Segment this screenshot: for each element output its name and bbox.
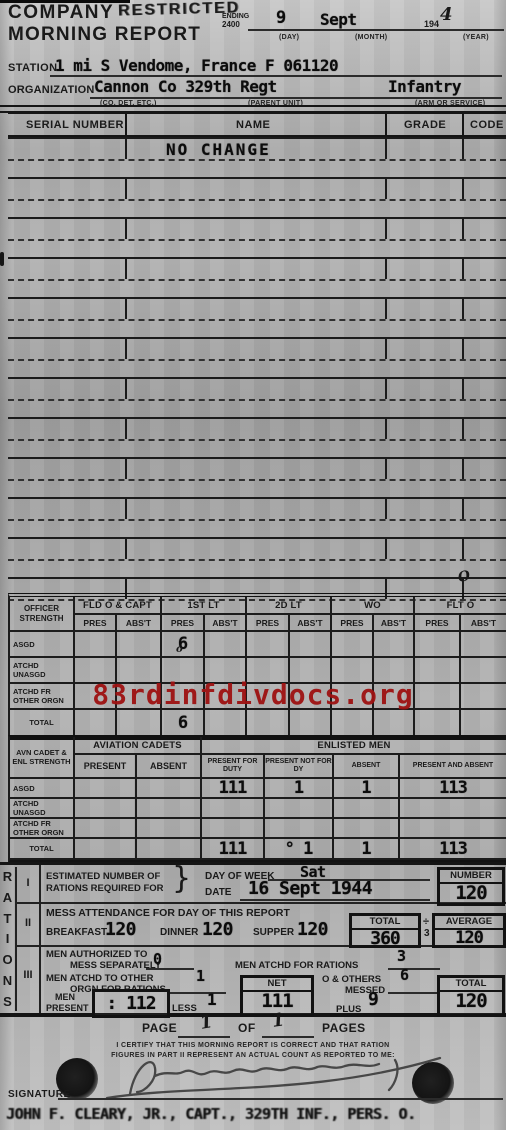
net-value: 111: [243, 992, 311, 1012]
roster-empty-row: [8, 297, 506, 337]
men-present-value: : 112: [95, 992, 167, 1015]
roster-entry-row: NO CHANGE: [8, 137, 506, 177]
average-box: AVERAGE 120: [432, 913, 506, 948]
watermark-text: 83rdinfdivdocs.org: [92, 678, 413, 711]
divide-sign: ÷: [423, 917, 429, 928]
subcol-present-and-absent: PRESENT AND ABSENT: [400, 755, 506, 779]
rations-total-box: TOTAL 120: [437, 975, 505, 1017]
col-header-code: CODE: [470, 119, 504, 131]
officer-cell: [290, 632, 332, 658]
group-flt-o: FLT O: [415, 597, 506, 615]
officer-cell: [247, 710, 290, 737]
less-value: 1: [207, 992, 216, 1008]
subcol-abst: ABS'T: [374, 615, 415, 632]
numeral-iii: III: [17, 969, 39, 981]
roster-header-row: SERIAL NUMBER NAME GRADE CODE: [8, 112, 506, 137]
month-caption: (MONTH): [355, 34, 387, 41]
enlisted-cell: [265, 799, 334, 819]
enlisted-cell: [75, 799, 137, 819]
rations-numeral-column: I II III: [17, 865, 41, 1013]
enlisted-cell: [137, 799, 202, 819]
enlisted-row-header: AVN CADET & ENL STRENGTH: [10, 737, 75, 779]
subcol-pres: PRES: [415, 615, 461, 632]
enlisted-cell-total-pnfd: ° 1: [265, 839, 334, 860]
scan-edge-artifact: [0, 252, 4, 266]
mess-total-value: 360: [352, 930, 418, 949]
officer-cell: [415, 632, 461, 658]
average-value: 120: [435, 930, 503, 948]
year-handwritten: 4: [440, 6, 453, 24]
officer-cell: [461, 658, 506, 684]
month-value: Sept: [320, 12, 357, 28]
subcol-pres: PRES: [332, 615, 374, 632]
ending-label: ENDING: [222, 13, 249, 20]
officer-cell: [205, 632, 247, 658]
day-caption: (DAY): [279, 34, 299, 41]
subcol-present: PRESENT: [75, 755, 137, 779]
morning-report-scan: COMPANY MORNING REPORT RESTRICTED ENDING…: [0, 0, 506, 1130]
officer-cell: [205, 710, 247, 737]
enlisted-cell-asgd-pnfd: 1: [265, 779, 334, 799]
subcol-abst: ABS'T: [290, 615, 332, 632]
page-label: PAGE: [142, 1022, 177, 1034]
column-divider: [462, 114, 464, 135]
col-header-grade: GRADE: [404, 119, 446, 131]
enlisted-cell: [75, 819, 137, 839]
enlisted-cell-asgd-pfd: 111: [202, 779, 265, 799]
column-divider: [125, 114, 127, 135]
roster-empty-row: [8, 457, 506, 497]
group-fld-o-capt: FLD O & CAPT: [75, 597, 162, 615]
subcol-present-for-duty: PRESENT FOR DUTY: [202, 755, 265, 779]
row-label-atchd-fr-other-orgn: ATCHD FR OTHER ORGN: [10, 684, 75, 710]
others-messed-value: 6: [400, 968, 409, 983]
subcol-pres: PRES: [247, 615, 290, 632]
men-authorized-line1: MEN AUTHORIZED TO: [46, 950, 147, 960]
section-divider: [17, 902, 506, 904]
officer-cell: [374, 710, 415, 737]
enlisted-cell-asgd-absent: 1: [334, 779, 400, 799]
supper-label: SUPPER: [253, 928, 294, 938]
subcol-pres: PRES: [75, 615, 117, 632]
row-label-atchd-unasgd: ATCHD UNASGD: [10, 799, 75, 819]
dinner-label: DINNER: [160, 928, 198, 938]
men-present-line2: PRESENT: [46, 1004, 89, 1013]
roster-table: SERIAL NUMBER NAME GRADE CODE NO CHANGE: [8, 112, 506, 617]
enlisted-cell: [400, 799, 506, 819]
dinner-value: 120: [202, 921, 233, 939]
breakfast-value: 120: [105, 921, 136, 939]
number-box: NUMBER 120: [437, 867, 505, 906]
officer-cell-asgd-1stlt-pres: 6: [162, 632, 205, 658]
officer-cell: [461, 710, 506, 737]
officer-strength-row-header: OFFICER STRENGTH: [10, 597, 75, 632]
row-label-asgd: ASGD: [10, 779, 75, 799]
row-label-atchd-fr-other-orgn: ATCHD FR OTHER ORGN: [10, 819, 75, 839]
enlisted-cell: [202, 819, 265, 839]
pages-count: 1: [271, 1011, 286, 1031]
officer-cell: [461, 632, 506, 658]
enlisted-cell: [75, 779, 137, 799]
form-title-line1: COMPANY: [8, 3, 114, 22]
officer-cell: [290, 710, 332, 737]
numeral-i: I: [17, 877, 39, 889]
men-present-line1: MEN: [55, 993, 75, 1002]
enlisted-cell-asgd-total: 113: [400, 779, 506, 799]
plus-value: 9: [368, 991, 378, 1009]
officer-cell: [415, 658, 461, 684]
mess-attendance-title: MESS ATTENDANCE FOR DAY OF THIS REPORT: [46, 908, 290, 919]
mess-separately-value: 0: [153, 952, 162, 967]
roster-empty-row: [8, 337, 506, 377]
o-and-others-line2: MESSED: [345, 986, 385, 996]
men-atchd-other-value: 1: [196, 969, 205, 984]
number-value: 120: [440, 884, 502, 904]
arm-service-value: Infantry: [388, 79, 461, 95]
subcol-absent: ABSENT: [137, 755, 202, 779]
roster-empty-row: [8, 177, 506, 217]
officer-strength-table: OFFICER STRENGTH FLD O & CAPT 1ST LT 2D …: [8, 593, 506, 740]
roster-empty-row: [8, 417, 506, 457]
mess-total-box: TOTAL 360: [349, 913, 421, 948]
enlisted-cell: [75, 839, 137, 860]
pages-label: PAGES: [322, 1022, 366, 1034]
subcol-present-not-for-dy: PRESENT NOT FOR DY: [265, 755, 334, 779]
row-label-asgd: ASGD: [10, 632, 75, 658]
roster-empty-row: [8, 217, 506, 257]
subcol-abst: ABS'T: [117, 615, 162, 632]
enlisted-cell: [202, 799, 265, 819]
ending-time: 2400: [222, 21, 240, 29]
divide-by: 3: [424, 929, 430, 939]
signature-handwriting: [105, 1046, 450, 1104]
stray-handwritten-mark: O: [457, 569, 472, 585]
enlisted-cell: [400, 819, 506, 839]
enlisted-cell: [334, 819, 400, 839]
day-value: 9: [276, 10, 286, 27]
group-wo: WO: [332, 597, 415, 615]
enlisted-cell: [137, 839, 202, 860]
officer-cell: [332, 710, 374, 737]
row-label-total: TOTAL: [10, 710, 75, 737]
year-caption: (YEAR): [463, 34, 489, 41]
stray-handwritten-mark: o: [176, 645, 183, 655]
roster-empty-row: [8, 497, 506, 537]
plus-label: PLUS: [336, 1005, 361, 1015]
men-atchd-for-rations-value: 3: [397, 949, 406, 964]
rations-total-value: 120: [440, 992, 502, 1012]
subcol-abst: ABS'T: [205, 615, 247, 632]
officer-cell: [247, 632, 290, 658]
col-header-serial-number: SERIAL NUMBER: [26, 119, 124, 131]
less-label: LESS: [172, 1004, 197, 1014]
enlisted-strength-table: AVN CADET & ENL STRENGTH AVIATION CADETS…: [8, 735, 506, 863]
breakfast-label: BREAKFAST: [46, 928, 107, 938]
organization-line: [90, 97, 502, 99]
group-1st-lt: 1ST LT: [162, 597, 247, 615]
rations-vertical-label: RA TI ON S: [0, 867, 17, 1011]
enlisted-cell-total-pfd: 111: [202, 839, 265, 860]
officer-cell: [332, 632, 374, 658]
men-atchd-other-line1: MEN ATCHD TO OTHER: [46, 974, 154, 984]
officer-cell: [117, 632, 162, 658]
enlisted-cell: [334, 799, 400, 819]
officer-cell-total-1stlt-pres: 6: [162, 710, 205, 737]
enlisted-cell: [137, 819, 202, 839]
subcol-pres: PRES: [162, 615, 205, 632]
date-label: DATE: [205, 888, 231, 898]
enlisted-cell: [265, 819, 334, 839]
officer-cell: [117, 710, 162, 737]
year-line: [420, 29, 504, 31]
form-title-line2: MORNING REPORT: [8, 25, 201, 44]
typed-officer-name: JOHN F. CLEARY, JR., CAPT., 329TH INF., …: [6, 1105, 415, 1123]
enlisted-cell-total-absent: 1: [334, 839, 400, 860]
roster-empty-row: [8, 537, 506, 577]
officer-cell: [75, 710, 117, 737]
men-present-box: : 112: [92, 989, 170, 1018]
station-value: 1 mi S Vendome, France F 061120: [55, 58, 338, 74]
rations-section: RA TI ON S I II III ESTIMATED NUMBER OF …: [0, 862, 506, 1017]
year-printed: 194: [424, 20, 439, 29]
subcol-abst: ABS'T: [461, 615, 506, 632]
officer-cell: [461, 684, 506, 710]
estimated-rations-line2: RATIONS REQUIRED FOR: [46, 884, 164, 894]
roster-empty-row: [8, 257, 506, 297]
col-header-name: NAME: [236, 119, 270, 131]
enlisted-cell-total-total: 113: [400, 839, 506, 860]
officer-cell: [75, 632, 117, 658]
supper-value: 120: [297, 921, 328, 939]
organization-value: Cannon Co 329th Regt: [94, 79, 277, 95]
signature-line: [58, 1098, 503, 1100]
day-month-line: [248, 29, 420, 31]
group-2d-lt: 2D LT: [247, 597, 332, 615]
subcol-absent-enlisted: ABSENT: [334, 755, 400, 779]
roster-entry-no-change: NO CHANGE: [166, 142, 271, 158]
row-label-atchd-unasgd: ATCHD UNASGD: [10, 658, 75, 684]
of-label: OF: [238, 1022, 256, 1034]
row-label-total: TOTAL: [10, 839, 75, 860]
roster-empty-row: [8, 377, 506, 417]
enlisted-cell: [137, 779, 202, 799]
group-enlisted-men: ENLISTED MEN: [202, 737, 506, 755]
column-divider: [385, 114, 387, 135]
officer-cell: [374, 632, 415, 658]
station-label: STATION: [8, 63, 57, 74]
date-value: 16 Sept 1944: [248, 880, 372, 898]
o-and-others-line1: O & OTHERS: [322, 975, 381, 985]
organization-label: ORGANIZATION: [8, 85, 95, 96]
numeral-ii: II: [17, 917, 39, 929]
officer-cell: [415, 684, 461, 710]
estimated-rations-line1: ESTIMATED NUMBER OF: [46, 872, 160, 882]
officer-cell: [415, 710, 461, 737]
group-aviation-cadets: AVIATION CADETS: [75, 737, 202, 755]
men-atchd-for-rations-label: MEN ATCHD FOR RATIONS: [235, 961, 358, 971]
brace-glyph: }: [172, 864, 191, 894]
